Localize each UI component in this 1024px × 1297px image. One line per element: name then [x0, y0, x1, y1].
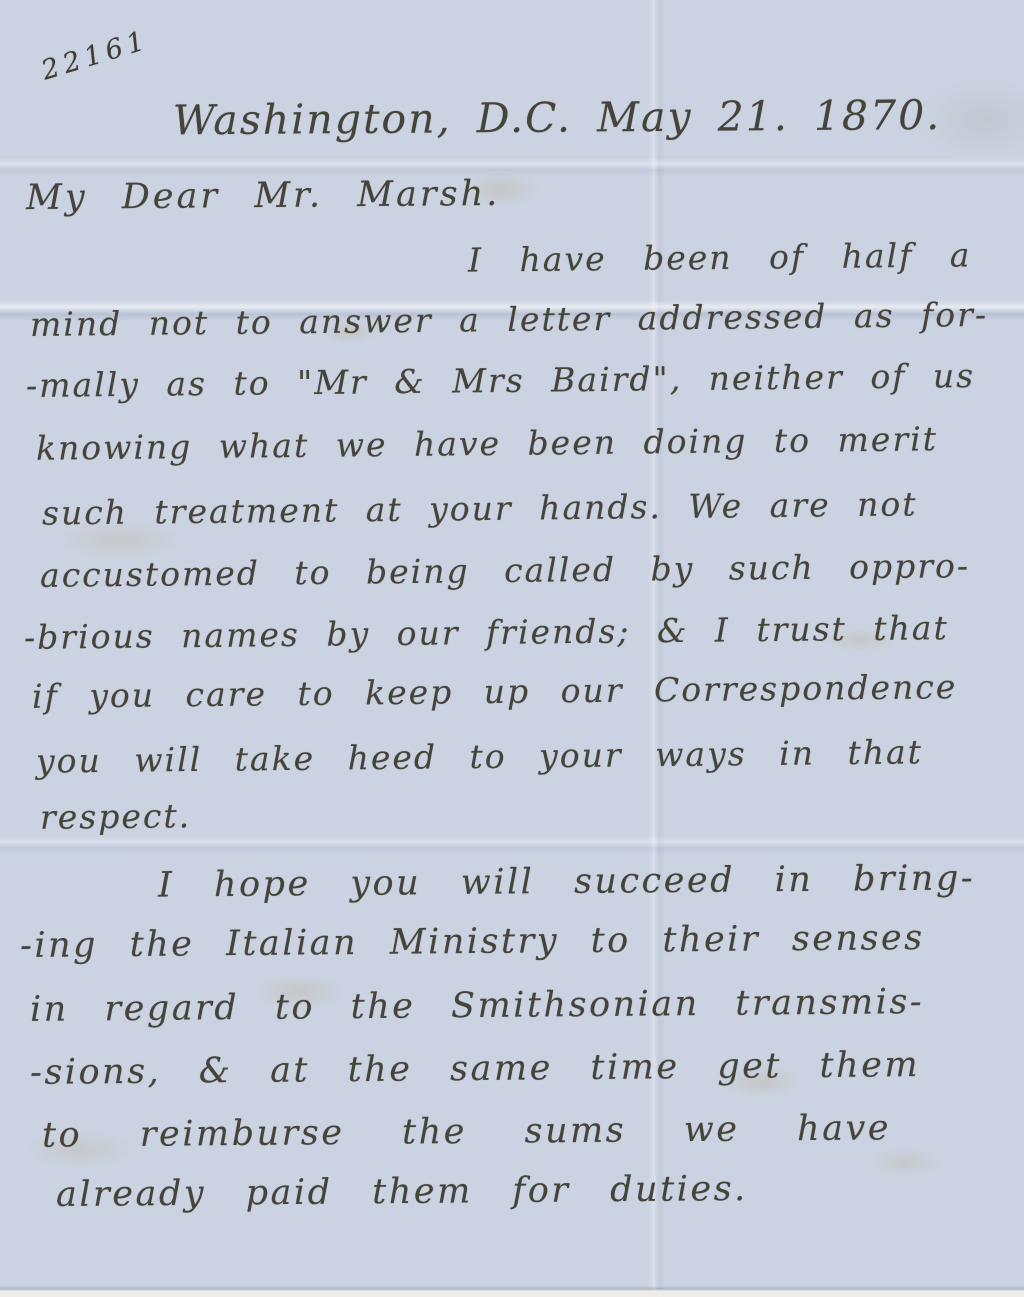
- letter-line: -mally as to "Mr & Mrs Baird", neither o…: [26, 356, 975, 405]
- letter-line: such treatment at your hands. We are not: [42, 484, 918, 532]
- letter-line: if you care to keep up our Correspondenc…: [32, 667, 958, 716]
- salutation: My Dear Mr. Marsh.: [26, 174, 501, 218]
- letter-line: you will take heed to your ways in that: [36, 732, 923, 780]
- letter-line: -ing the Italian Ministry to their sense…: [20, 918, 925, 966]
- letter-line: to reimburse the sums we have: [42, 1108, 891, 1155]
- letter-line: knowing what we have been doing to merit: [36, 419, 938, 467]
- letter-line: accustomed to being called by such oppro…: [40, 546, 970, 595]
- letter-line: mind not to answer a letter addressed as…: [30, 295, 988, 344]
- letter-line: -sions, & at the same time get them: [30, 1045, 920, 1093]
- letter-line: already paid them for duties.: [56, 1169, 748, 1215]
- letter-line: -brious names by our friends; & I trust …: [24, 608, 949, 657]
- letter-line: respect.: [40, 796, 192, 837]
- letter-line: I hope you will succeed in bring-: [158, 858, 975, 905]
- letter-line: in regard to the Smithsonian transmis-: [30, 982, 924, 1030]
- archive-number: 22161: [38, 24, 153, 86]
- letter-line: I have been of half a: [468, 235, 972, 279]
- letter-page: 22161 Washington, D.C. May 21. 1870. My …: [0, 0, 1024, 1297]
- dateline: Washington, D.C. May 21. 1870.: [0, 90, 1024, 145]
